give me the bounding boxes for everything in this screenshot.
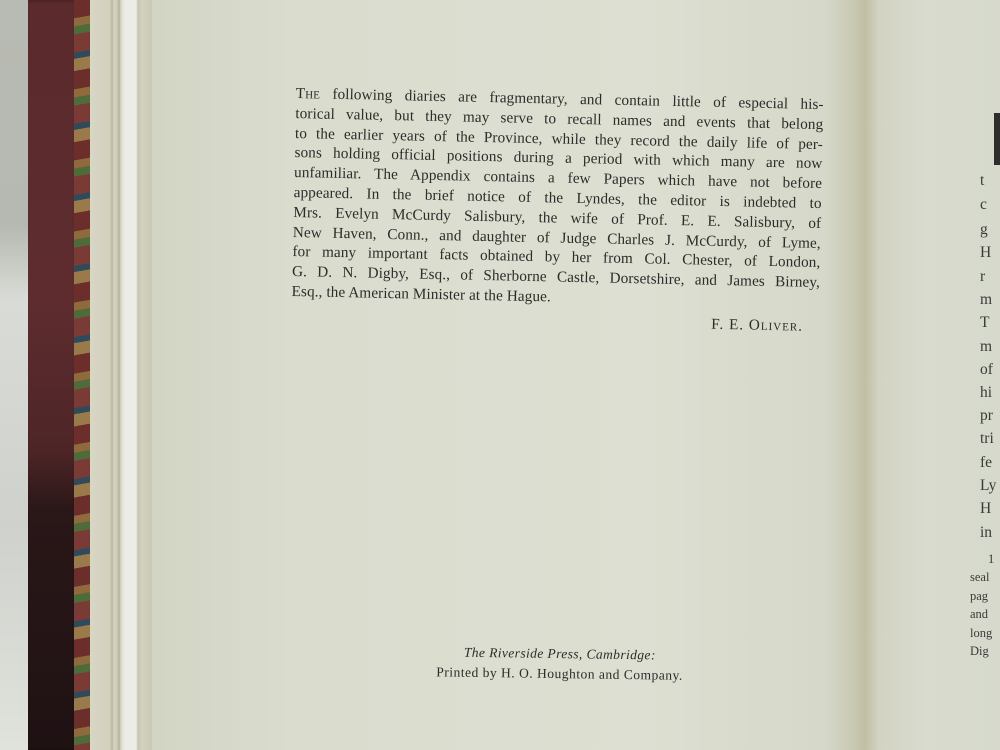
facing-page-fragment: c	[980, 196, 987, 214]
leather-spine	[28, 0, 80, 750]
facing-page-fragment: Dig	[970, 644, 989, 659]
gutter	[855, 0, 877, 750]
book-photo: The following diaries are fragmentary, a…	[0, 0, 1000, 750]
preface-text: The following diaries are fragmentary, a…	[291, 84, 824, 337]
facing-page-initial-block	[994, 113, 1000, 165]
facing-page-fragment: 1	[988, 552, 994, 567]
facing-page-fragment: in	[980, 524, 992, 542]
page-edges	[90, 0, 152, 750]
facing-page-fragment: H	[980, 244, 991, 262]
facing-page-fragment: T	[980, 314, 989, 332]
marbled-endpaper-edge	[74, 0, 90, 750]
facing-page-fragment: tri	[980, 430, 994, 448]
facing-page-fragment: g	[980, 221, 988, 239]
facing-page-fragment: r	[980, 268, 985, 286]
printer-line: Printed by H. O. Houghton and Company.	[409, 662, 709, 686]
imprint: The Riverside Press, Cambridge: Printed …	[409, 642, 710, 686]
facing-page-fragment: H	[980, 500, 991, 518]
facing-page-fragment: m	[980, 338, 992, 356]
facing-page-fragment: seal	[970, 570, 989, 585]
facing-page-fragment: long	[970, 626, 992, 641]
facing-page-fragment: hi	[980, 384, 992, 402]
facing-page-fragment: and	[970, 607, 988, 622]
facing-page-fragment: Ly	[980, 477, 996, 495]
facing-page-fragment: t	[980, 172, 984, 190]
facing-page-fragment: of	[980, 361, 993, 379]
facing-page-fragment: fe	[980, 454, 992, 472]
facing-page-fragment: m	[980, 291, 992, 309]
facing-page-fragment: pag	[970, 589, 988, 604]
facing-page-fragment: pr	[980, 407, 993, 425]
